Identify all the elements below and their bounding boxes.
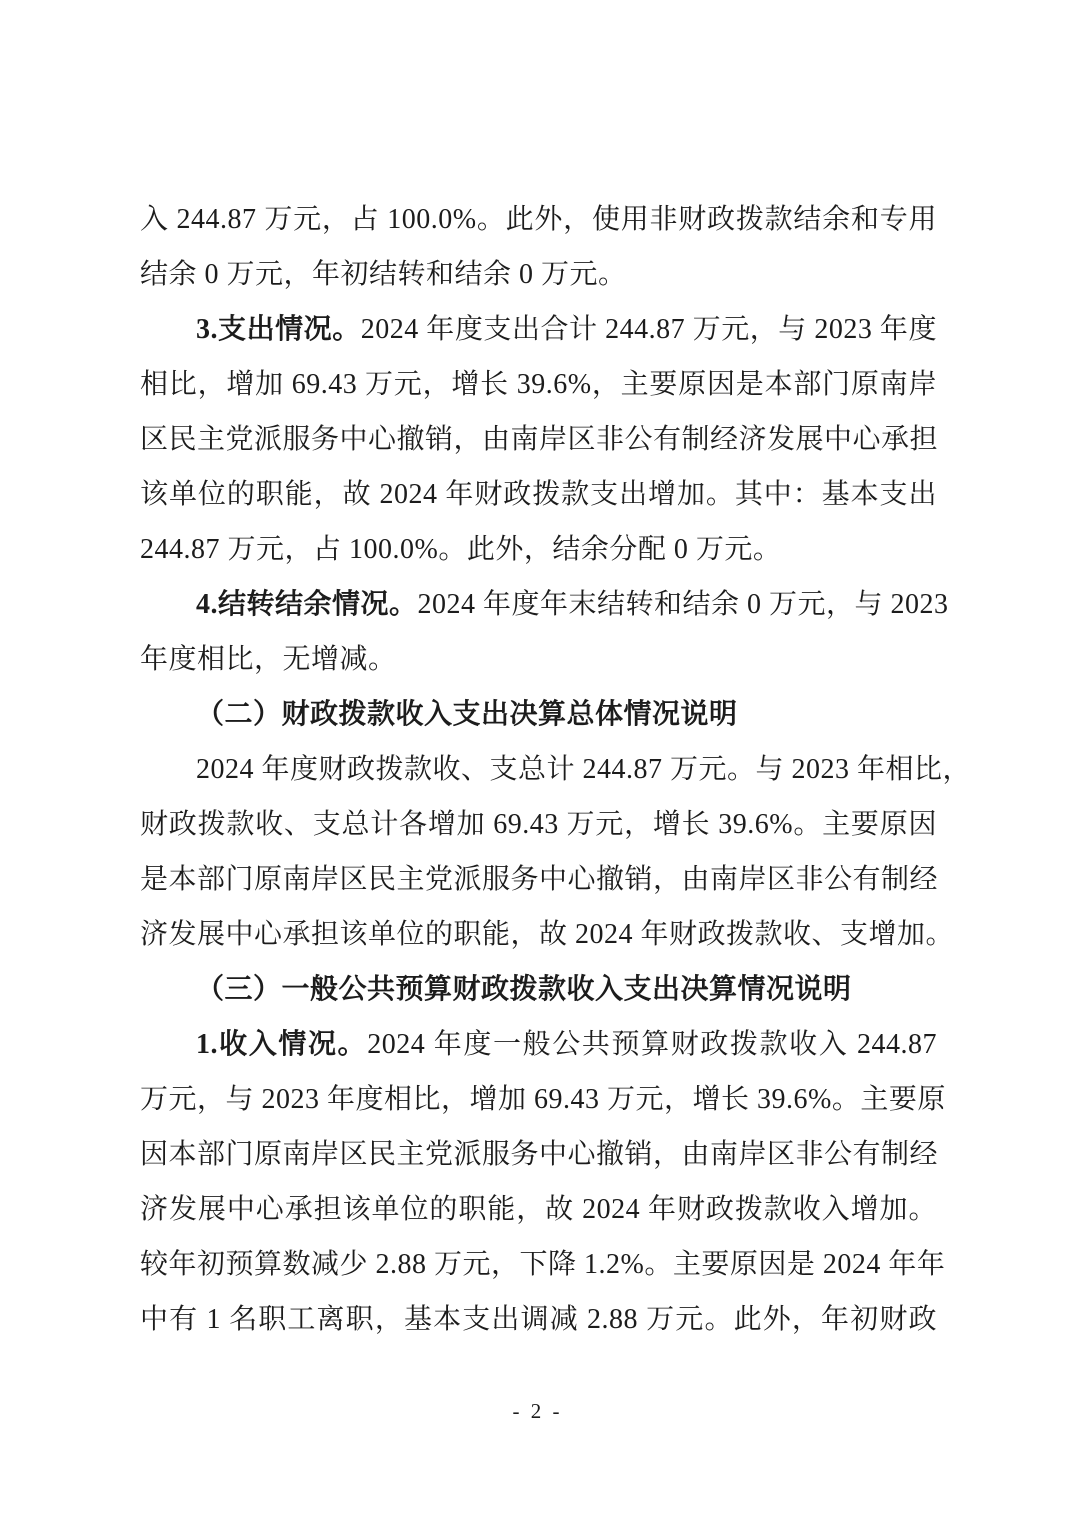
text-segment: 该单位的职能，故 2024 年财政拨款支出增加。其中：基本支出: [140, 479, 937, 510]
para-fiscal-appropriation-total-line: 2024 年度财政拨款收、支总计 244.87 万元。与 2023 年相比，: [140, 742, 937, 797]
emphasis-segment: （二）财政拨款收入支出决算总体情况说明: [196, 699, 738, 730]
text-segment: 济发展中心承担该单位的职能，故 2024 年财政拨款收入增加。: [140, 1194, 937, 1225]
text-segment: 济发展中心承担该单位的职能，故 2024 年财政拨款收、支增加。: [140, 919, 954, 950]
para-expenditure-line: 相比，增加 69.43 万元，增长 39.6%，主要原因是本部门原南岸: [140, 357, 937, 412]
text-segment: 2024 年度财政拨款收、支总计 244.87 万元。与 2023 年相比，: [196, 754, 971, 785]
para-expenditure-line: 3.支出情况。2024 年度支出合计 244.87 万元，与 2023 年度: [140, 302, 937, 357]
text-segment: 入 244.87 万元，占 100.0%。此外，使用非财政拨款结余和专用: [140, 204, 937, 235]
para-fiscal-appropriation-total-line: 是本部门原南岸区民主党派服务中心撤销，由南岸区非公有制经: [140, 852, 937, 907]
para-general-budget-revenue-line: 中有 1 名职工离职，基本支出调减 2.88 万元。此外，年初财政: [140, 1292, 937, 1347]
para-fiscal-appropriation-total-line: 财政拨款收、支总计各增加 69.43 万元，增长 39.6%。主要原因: [140, 797, 937, 852]
para-general-budget-revenue-line: 万元，与 2023 年度相比，增加 69.43 万元，增长 39.6%。主要原: [140, 1072, 937, 1127]
page-footer: - 2 -: [0, 1396, 1075, 1426]
text-segment: 2024 年度支出合计 244.87 万元，与 2023 年度: [361, 314, 937, 345]
document-body: 入 244.87 万元，占 100.0%。此外，使用非财政拨款结余和专用结余 0…: [140, 192, 937, 1347]
para-general-budget-revenue-line: 济发展中心承担该单位的职能，故 2024 年财政拨款收入增加。: [140, 1182, 937, 1237]
emphasis-segment: 1.收入情况。: [196, 1029, 367, 1060]
text-segment: 较年初预算数减少 2.88 万元，下降 1.2%。主要原因是 2024 年年: [140, 1249, 945, 1280]
text-segment: 是本部门原南岸区民主党派服务中心撤销，由南岸区非公有制经: [140, 864, 938, 895]
para-carryover-balance-line: 年度相比，无增减。: [140, 632, 937, 687]
para-general-budget-revenue-line: 1.收入情况。2024 年度一般公共预算财政拨款收入 244.87: [140, 1017, 937, 1072]
heading-section-2-fiscal-appropriation: （二）财政拨款收入支出决算总体情况说明: [140, 687, 937, 742]
text-segment: 结余 0 万元，年初结转和结余 0 万元。: [140, 259, 627, 290]
emphasis-segment: （三）一般公共预算财政拨款收入支出决算情况说明: [196, 974, 852, 1005]
para-expenditure-line: 244.87 万元，占 100.0%。此外，结余分配 0 万元。: [140, 522, 937, 577]
para-expenditure-line: 该单位的职能，故 2024 年财政拨款支出增加。其中：基本支出: [140, 467, 937, 522]
para-carryover-balance-line: 4.结转结余情况。2024 年度年末结转和结余 0 万元，与 2023: [140, 577, 937, 632]
text-segment: 财政拨款收、支总计各增加 69.43 万元，增长 39.6%。主要原因: [140, 809, 937, 840]
para-general-budget-revenue-line: 较年初预算数减少 2.88 万元，下降 1.2%。主要原因是 2024 年年: [140, 1237, 937, 1292]
text-segment: 因本部门原南岸区民主党派服务中心撤销，由南岸区非公有制经: [140, 1139, 938, 1170]
heading-section-3-general-public-budget: （三）一般公共预算财政拨款收入支出决算情况说明: [140, 962, 937, 1017]
text-segment: 中有 1 名职工离职，基本支出调减 2.88 万元。此外，年初财政: [140, 1304, 937, 1335]
text-segment: 244.87 万元，占 100.0%。此外，结余分配 0 万元。: [140, 534, 781, 565]
para-revenue-continuation-line: 结余 0 万元，年初结转和结余 0 万元。: [140, 247, 937, 302]
para-general-budget-revenue-line: 因本部门原南岸区民主党派服务中心撤销，由南岸区非公有制经: [140, 1127, 937, 1182]
text-segment: 区民主党派服务中心撤销，由南岸区非公有制经济发展中心承担: [140, 424, 938, 455]
text-segment: 年度相比，无增减。: [140, 644, 397, 675]
text-segment: 2024 年度一般公共预算财政拨款收入 244.87: [367, 1029, 937, 1060]
para-fiscal-appropriation-total-line: 济发展中心承担该单位的职能，故 2024 年财政拨款收、支增加。: [140, 907, 937, 962]
emphasis-segment: 3.支出情况。: [196, 314, 361, 345]
emphasis-segment: 4.结转结余情况。: [196, 589, 418, 620]
text-segment: 万元，与 2023 年度相比，增加 69.43 万元，增长 39.6%。主要原: [140, 1084, 946, 1115]
para-expenditure-line: 区民主党派服务中心撤销，由南岸区非公有制经济发展中心承担: [140, 412, 937, 467]
document-page: 入 244.87 万元，占 100.0%。此外，使用非财政拨款结余和专用结余 0…: [0, 0, 1075, 1520]
text-segment: 相比，增加 69.43 万元，增长 39.6%，主要原因是本部门原南岸: [140, 369, 937, 400]
page-number: - 2 -: [513, 1399, 563, 1423]
text-segment: 2024 年度年末结转和结余 0 万元，与 2023: [418, 589, 949, 620]
para-revenue-continuation-line: 入 244.87 万元，占 100.0%。此外，使用非财政拨款结余和专用: [140, 192, 937, 247]
